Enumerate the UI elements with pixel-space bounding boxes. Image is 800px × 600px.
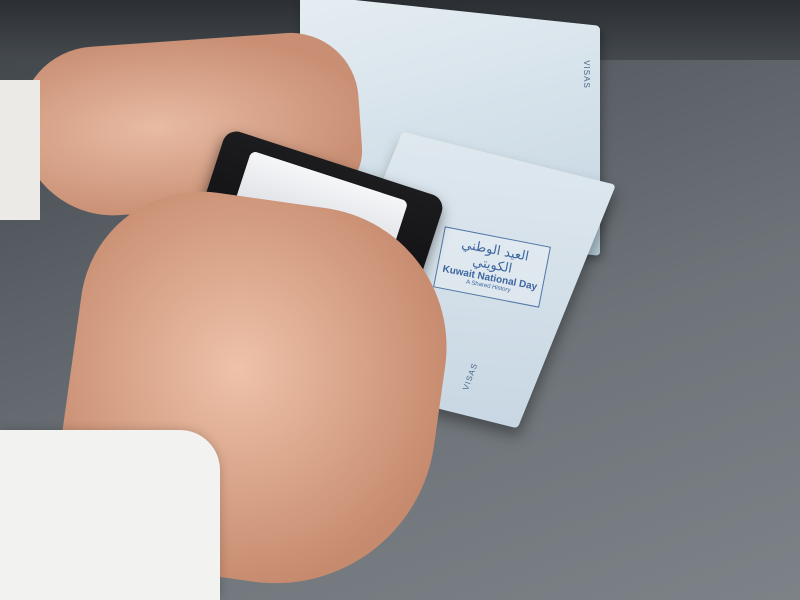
upper-sleeve (0, 80, 40, 220)
passport-visas-label: VISAS (582, 60, 591, 89)
lower-sleeve (0, 430, 220, 600)
